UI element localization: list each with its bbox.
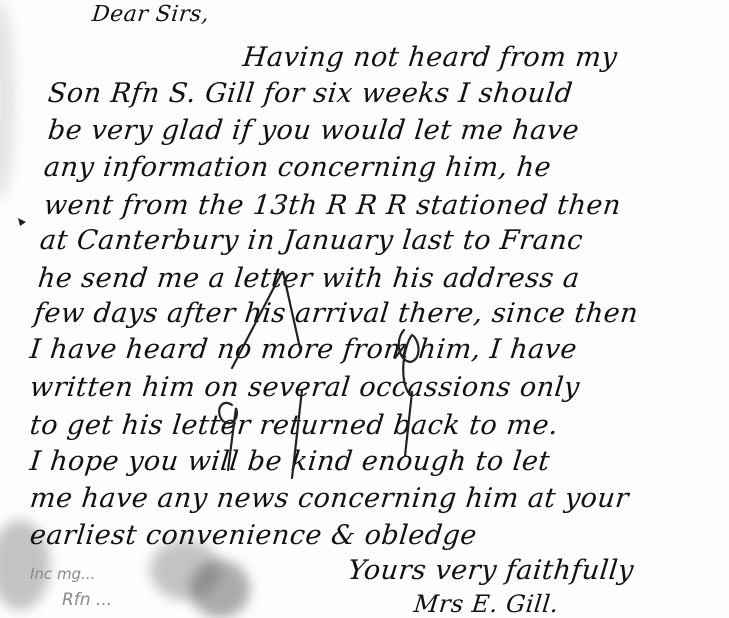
salutation: Dear Sirs, — [91, 2, 211, 27]
letter-line: Son Rfn S. Gill for six weeks I should — [46, 78, 574, 109]
letter-line: me have any news concerning him at your — [28, 483, 630, 514]
letter-line: few days after his arrival there, since … — [32, 298, 639, 329]
letter-line: I have heard no more from him, I have — [28, 334, 578, 365]
margin-note: Rfn ... — [62, 590, 112, 610]
letter-line: to get his letter returned back to me. — [28, 410, 559, 441]
margin-arrow-icon — [18, 218, 26, 226]
margin-note: Inc mg... — [30, 565, 95, 583]
letter-line: be very glad if you would let me have — [46, 115, 580, 146]
letter-line: I hope you will be kind enough to let — [28, 446, 551, 477]
letter-line: any information concerning him, he — [42, 152, 552, 183]
letter-page: Dear Sirs, Having not heard from my Son … — [0, 0, 729, 618]
letter-line: Having not heard from my — [241, 42, 619, 73]
closing: Yours very faithfully — [346, 555, 635, 586]
letter-line: at Canterbury in January last to Franc — [38, 225, 584, 256]
letter-line: written him on several occassions only — [28, 372, 581, 403]
letter-line: he send me a letter with his address a — [36, 263, 581, 294]
letter-line: earliest convenience & obledge — [28, 520, 478, 551]
letter-line: went from the 13th R R R stationed then — [42, 190, 622, 221]
signature: Mrs E. Gill. — [413, 590, 561, 618]
scan-smudge — [0, 0, 15, 200]
scan-smudge — [190, 560, 250, 618]
